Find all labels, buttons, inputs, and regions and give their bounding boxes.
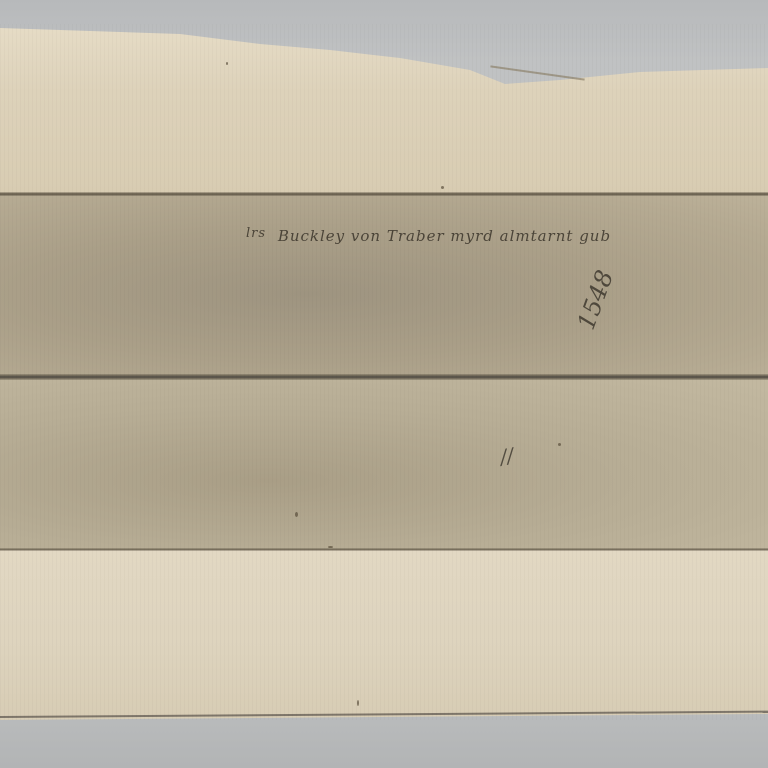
tear-crease: [490, 65, 584, 80]
lower-stained-panel: [0, 378, 768, 550]
ink-speck: [558, 443, 561, 446]
ink-speck: [357, 700, 359, 706]
docket-prefix: lrs: [246, 226, 266, 241]
docket-inscription: lrs Buckley von Traber myrd almtarnt gub: [246, 226, 611, 245]
top-panel: [0, 24, 768, 196]
ink-speck: [328, 546, 333, 548]
docket-panel: [0, 194, 768, 376]
fold-line-1: [0, 192, 768, 196]
ink-speck: [226, 62, 228, 65]
ink-speck: [295, 512, 298, 517]
docket-text: Buckley von Traber myrd almtarnt gub: [278, 227, 611, 245]
fold-line-3: [0, 548, 768, 551]
bottom-panel: [0, 550, 768, 720]
manuscript-sheet: lrs Buckley von Traber myrd almtarnt gub…: [0, 0, 768, 768]
fold-line-2: [0, 374, 768, 380]
ink-speck: [441, 186, 444, 189]
